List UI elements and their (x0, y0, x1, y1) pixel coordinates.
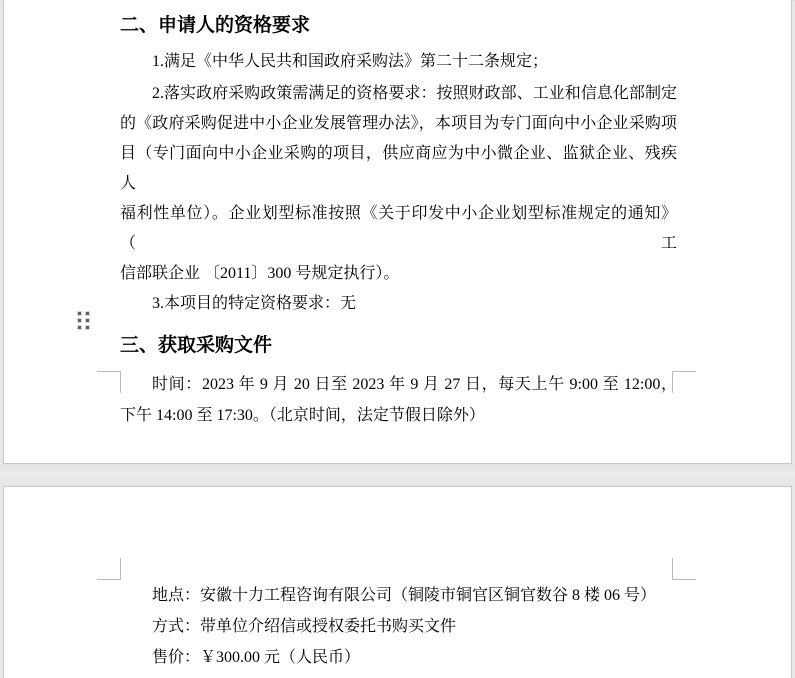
paragraph-item3: 3.本项目的特定资格要求：无 (120, 289, 677, 319)
paragraph-time: 时间：2023 年 9 月 20 日至 2023 年 9 月 27 日，每天上午… (120, 369, 677, 431)
drag-dot (86, 319, 89, 322)
paragraph-item2-line: 的《政府采购促进中小企业发展管理办法》，本项目为专门面向中小企业采购项 (120, 109, 677, 139)
page-gap (0, 464, 795, 486)
drag-dot (86, 312, 89, 315)
text-boundary-mark-bottom-right (672, 371, 696, 393)
paragraph-method: 方式：带单位介绍信或授权委托书购买文件 (120, 611, 677, 642)
drag-dot (78, 319, 81, 322)
paragraph-drag-handle-icon[interactable] (78, 312, 89, 329)
text-boundary-mark-top-left (97, 558, 121, 580)
paragraph-item2-line: 目（专门面向中小企业采购的项目，供应商应为中小微企业、监狱企业、残疾人 (120, 139, 677, 199)
paragraph-item2-line: 福利性单位）。企业划型标准按照《关于印发中小企业划型标准规定的通知》（工 (120, 199, 677, 259)
drag-dot (78, 312, 81, 315)
paragraph-price: 售价：￥300.00 元（人民币） (120, 642, 677, 673)
text-boundary-mark-top-right (672, 558, 696, 580)
page2-text-area: 地点：安徽十力工程咨询有限公司（铜陵市铜官区铜官数谷 8 楼 06 号） 方式：… (120, 580, 677, 673)
document-page-2: 地点：安徽十力工程咨询有限公司（铜陵市铜官区铜官数谷 8 楼 06 号） 方式：… (3, 486, 792, 678)
document-page-1: 二、申请人的资格要求 1.满足《中华人民共和国政府采购法》第二十二条规定； 2.… (3, 0, 792, 464)
paragraph-item2: 2.落实政府采购政策需满足的资格要求：按照财政部、工业和信息化部制定 的《政府采… (120, 79, 677, 289)
text-boundary-mark-bottom-left (97, 371, 121, 393)
drag-dot (86, 326, 89, 329)
page1-text-area: 二、申请人的资格要求 1.满足《中华人民共和国政府采购法》第二十二条规定； 2.… (120, 0, 677, 431)
paragraph-time-line: 时间：2023 年 9 月 20 日至 2023 年 9 月 27 日，每天上午… (120, 369, 677, 400)
paragraph-location: 地点：安徽十力工程咨询有限公司（铜陵市铜官区铜官数谷 8 楼 06 号） (120, 580, 677, 611)
paragraph-item1: 1.满足《中华人民共和国政府采购法》第二十二条规定； (120, 47, 677, 77)
paragraph-item2-line: 信部联企业 〔2011〕300 号规定执行）。 (120, 259, 677, 289)
paragraph-time-line: 下午 14:00 至 17:30。（北京时间，法定节假日除外） (120, 400, 677, 431)
drag-dot (78, 326, 81, 329)
section-heading-obtain-documents: 三、获取采购文件 (120, 331, 677, 359)
paragraph-item2-line: 2.落实政府采购政策需满足的资格要求：按照财政部、工业和信息化部制定 (120, 79, 677, 109)
section-heading-applicant-qualifications: 二、申请人的资格要求 (120, 0, 677, 38)
